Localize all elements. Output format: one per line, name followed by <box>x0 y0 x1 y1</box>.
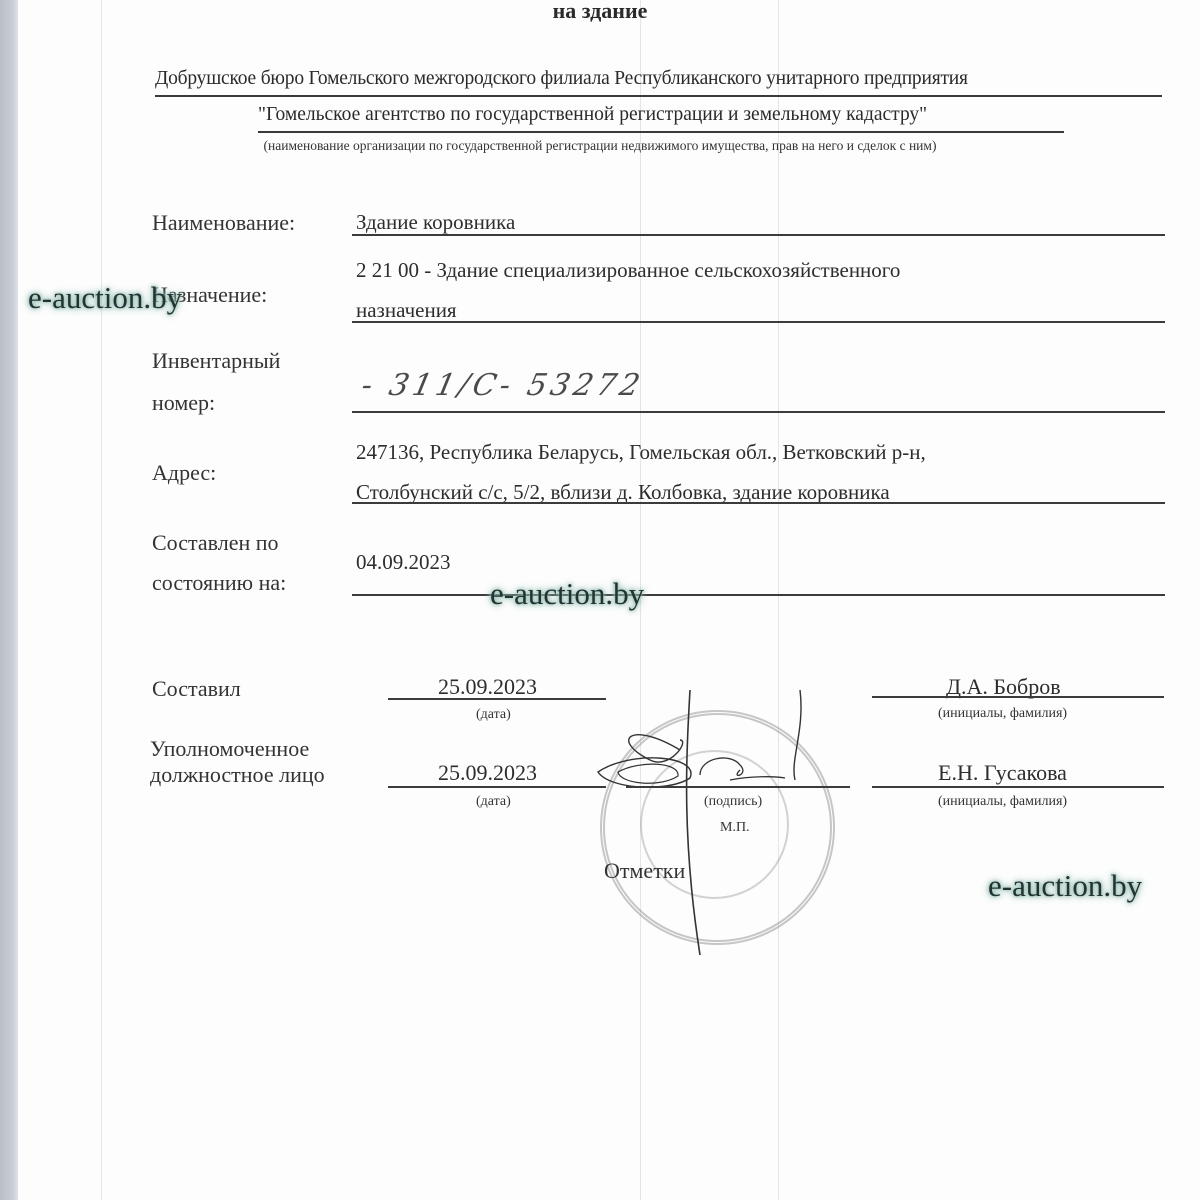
field-value-purpose-line1: 2 21 00 - Здание специализированное сель… <box>356 258 900 283</box>
organization-underline <box>155 95 1162 97</box>
seal-caption: М.П. <box>720 820 750 836</box>
organization-caption: (наименование организации по государстве… <box>0 138 1200 154</box>
field-label-as-of-line1: Составлен по <box>152 530 279 556</box>
organization-underline <box>258 131 1064 133</box>
field-label-as-of-line2: состоянию на: <box>152 570 286 596</box>
scan-artifact-line <box>101 0 102 1200</box>
field-label-inventory-line1: Инвентарный <box>152 348 280 374</box>
field-underline <box>352 411 1165 413</box>
field-value-as-of: 04.09.2023 <box>356 550 451 575</box>
scan-page-edge <box>0 0 18 1200</box>
organization-line-2: "Гомельское агентство по государственной… <box>258 104 927 126</box>
field-underline <box>352 502 1165 504</box>
field-label-address: Адрес: <box>152 460 216 486</box>
watermark: e-auction.by <box>490 576 644 612</box>
signer-label-authorized-line2: должностное лицо <box>150 762 325 788</box>
authorized-date-caption: (дата) <box>476 794 511 810</box>
authorized-name-caption: (инициалы, фамилия) <box>938 794 1067 810</box>
date-underline <box>388 698 606 700</box>
field-label-name: Наименование: <box>152 210 295 236</box>
authorized-name: Е.Н. Гусакова <box>938 760 1067 786</box>
field-underline <box>352 321 1165 323</box>
organization-line-1: Добрушское бюро Гомельского межгородског… <box>155 68 968 90</box>
field-value-name: Здание коровника <box>356 210 515 235</box>
signature-caption: (подпись) <box>704 794 762 810</box>
signer-label-compiled: Составил <box>152 676 241 702</box>
name-underline <box>872 786 1164 788</box>
date-underline <box>388 786 606 788</box>
field-underline <box>352 234 1165 236</box>
field-value-purpose-line2: назначения <box>356 298 457 323</box>
signer-label-authorized-line1: Уполномоченное <box>150 736 309 762</box>
field-value-inventory-handwritten: - 311/С- 53272 <box>358 368 647 403</box>
watermark: e-auction.by <box>988 868 1142 904</box>
field-value-address-line1: 247136, Республика Беларусь, Гомельская … <box>356 440 926 465</box>
field-label-inventory-line2: номер: <box>152 390 215 416</box>
marks-heading: Отметки <box>604 858 685 884</box>
name-underline <box>872 696 1164 698</box>
document-title: на здание <box>0 0 1200 24</box>
watermark: e-auction.by <box>28 280 182 316</box>
authorized-date: 25.09.2023 <box>438 760 537 786</box>
scan-artifact-line <box>778 0 779 1200</box>
compiled-date-caption: (дата) <box>476 707 511 723</box>
compiled-name-caption: (инициалы, фамилия) <box>938 706 1067 722</box>
signature-underline <box>626 786 850 788</box>
handwritten-signature <box>590 680 810 960</box>
field-underline <box>352 594 1165 596</box>
compiled-date: 25.09.2023 <box>438 674 537 700</box>
